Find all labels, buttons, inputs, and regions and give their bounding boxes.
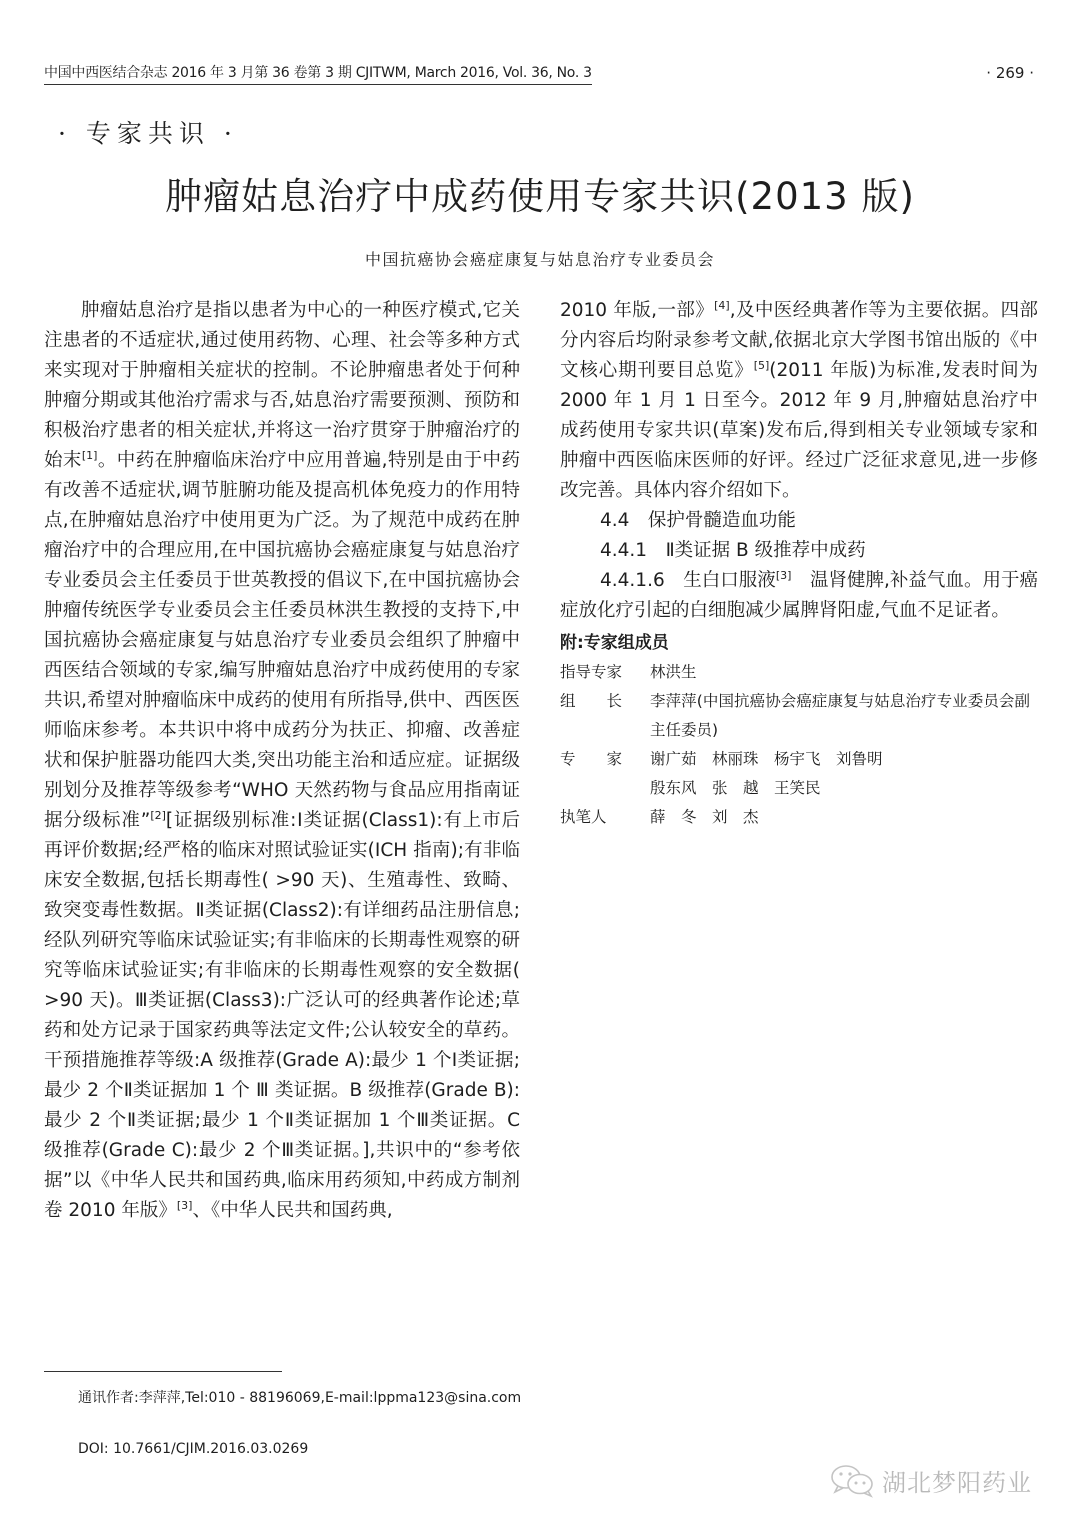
member-label: 专 家 (560, 745, 650, 803)
wechat-icon (830, 1464, 876, 1498)
doi-footnote: DOI: 10.7661/CJIM.2016.03.0269 (44, 1438, 558, 1461)
watermark: 湖北梦阳药业 (830, 1463, 1032, 1498)
corresponding-author-footnote: 通讯作者:李萍萍,Tel:010 - 88196069,E-mail:lppma… (44, 1387, 524, 1410)
text-segment: 。中药在肿瘤临床治疗中应用普遍,特别是由于中药有改善不适症状,调节脏腑功能及提高… (44, 450, 520, 831)
running-head: 中国中西医结合杂志 2016 年 3 月第 36 卷第 3 期 CJITWM, … (44, 64, 592, 85)
text-segment: 2010 年版,一部》 (560, 300, 714, 321)
article-title: 肿瘤姑息治疗中成药使用专家共识(2013 版) (0, 172, 1080, 222)
member-row: 执笔人 薛 冬 刘 杰 (560, 803, 1038, 832)
journal-page: 中国中西医结合杂志 2016 年 3 月第 36 卷第 3 期 CJITWM, … (0, 0, 1080, 1533)
member-names: 李萍萍(中国抗癌协会癌症康复与姑息治疗专业委员会副主任委员) (650, 687, 1038, 745)
member-label: 执笔人 (560, 803, 650, 832)
citation-4: [4] (714, 299, 730, 312)
watermark-text: 湖北梦阳药业 (882, 1463, 1032, 1498)
article-author: 中国抗癌协会癌症康复与姑息治疗专业委员会 (0, 247, 1080, 270)
member-label: 组 长 (560, 687, 650, 745)
continued-paragraph: 2010 年版,一部》[4],及中医经典著作等为主要依据。四部分内容后均附录参考… (560, 296, 1038, 506)
intro-paragraph: 肿瘤姑息治疗是指以患者为中心的一种医疗模式,它关注患者的不适症状,通过使用药物、… (44, 296, 520, 1226)
citation-5: [5] (754, 359, 770, 372)
member-label: 指导专家 (560, 658, 650, 687)
citation-3: [3] (177, 1199, 193, 1212)
citation-2: [2] (150, 809, 166, 822)
member-names: 谢广茹 林丽珠 杨宇飞 刘鲁明 殷东风 张 越 王笑民 (650, 745, 1038, 803)
citation-1: [1] (82, 449, 98, 462)
section-4-4-1-6: 4.4.1.6 生白口服液[3] 温肾健脾,补益气血。用于癌症放化疗引起的白细胞… (560, 566, 1038, 626)
footnote-divider (44, 1371, 282, 1372)
member-names: 薛 冬 刘 杰 (650, 803, 1038, 832)
drug-heading: 4.4.1.6 生白口服液 (600, 570, 776, 591)
column-tag: · 专家共识 · (58, 114, 238, 150)
citation-3b: [3] (776, 569, 792, 582)
member-row: 指导专家 林洪生 (560, 658, 1038, 687)
right-column: 2010 年版,一部》[4],及中医经典著作等为主要依据。四部分内容后均附录参考… (560, 296, 1038, 832)
text-segment: 肿瘤姑息治疗是指以患者为中心的一种医疗模式,它关注患者的不适症状,通过使用药物、… (44, 300, 520, 471)
text-segment: [证据级别标准:Ⅰ类证据(Class1):有上市后再评价数据;经严格的临床对照试… (44, 810, 520, 1221)
text-segment: 、《中华人民共和国药典, (192, 1200, 392, 1221)
text-segment: (2011 年版)为标准,发表时间为 2000 年 1 月 1 日至今。2012… (560, 360, 1038, 501)
page-number: · 269 · (986, 64, 1034, 82)
section-heading-4-4: 4.4 保护骨髓造血功能 (560, 506, 1038, 536)
members-title: 附:专家组成员 (560, 628, 1038, 658)
member-names: 林洪生 (650, 658, 1038, 687)
member-row: 专 家 谢广茹 林丽珠 杨宇飞 刘鲁明 殷东风 张 越 王笑民 (560, 745, 1038, 803)
section-heading-4-4-1: 4.4.1 Ⅱ类证据 B 级推荐中成药 (560, 536, 1038, 566)
left-column: 肿瘤姑息治疗是指以患者为中心的一种医疗模式,它关注患者的不适症状,通过使用药物、… (44, 296, 520, 1226)
member-row: 组 长 李萍萍(中国抗癌协会癌症康复与姑息治疗专业委员会副主任委员) (560, 687, 1038, 745)
